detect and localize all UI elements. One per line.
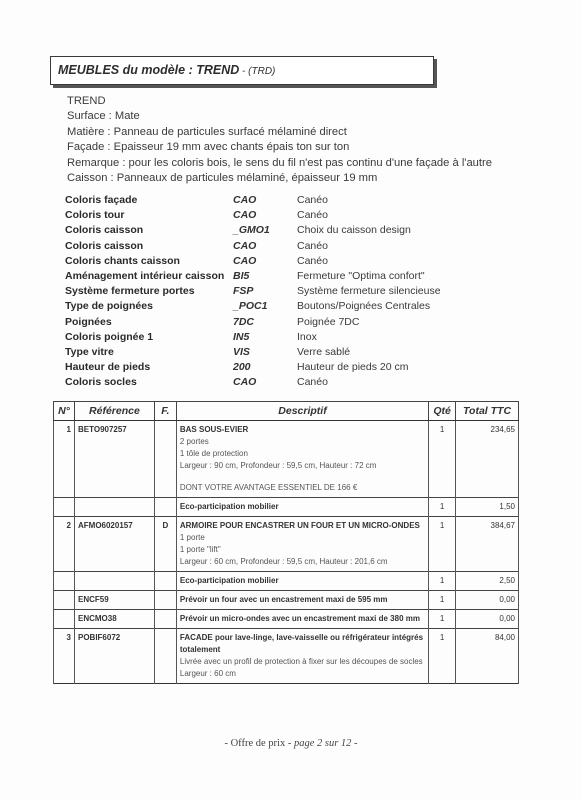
- description-line: 2 portes: [180, 436, 425, 448]
- option-label: Coloris caisson: [65, 223, 143, 238]
- option-code: 7DC: [233, 315, 254, 330]
- line-total: 1,50: [456, 498, 519, 517]
- line-number: 3: [54, 629, 75, 684]
- intro-line: Façade : Epaisseur 19 mm avec chants épa…: [67, 140, 492, 155]
- description-title: Eco-participation mobilier: [180, 501, 425, 513]
- line-number: [54, 591, 75, 610]
- option-label: Coloris poignée 1: [65, 330, 153, 345]
- table-row: Eco-participation mobilier12,50: [54, 572, 519, 591]
- option-label: Type vitre: [65, 345, 114, 360]
- line-total: 84,00: [456, 629, 519, 684]
- table-row: 2AFMO6020157DARMOIRE POUR ENCASTRER UN F…: [54, 517, 519, 572]
- line-description: Prévoir un micro-ondes avec un encastrem…: [176, 610, 428, 629]
- quote-lines-table: N° Référence F. Descriptif Qté Total TTC…: [53, 401, 519, 684]
- table-header-row: N° Référence F. Descriptif Qté Total TTC: [54, 402, 519, 421]
- line-description: Prévoir un four avec un encastrement max…: [176, 591, 428, 610]
- line-quantity: 1: [429, 572, 456, 591]
- model-title: MEUBLES du modèle : TREND: [58, 63, 239, 77]
- line-number: 1: [54, 421, 75, 498]
- line-quantity: 1: [429, 498, 456, 517]
- description-line: 1 tôle de protection: [180, 448, 425, 460]
- line-total: 0,00: [456, 591, 519, 610]
- option-label: Coloris chants caisson: [65, 254, 180, 269]
- line-description: FACADE pour lave-linge, lave-vaisselle o…: [176, 629, 428, 684]
- header-num: N°: [54, 402, 75, 421]
- option-label: Coloris socles: [65, 375, 137, 390]
- option-code: 200: [233, 360, 251, 375]
- line-number: 2: [54, 517, 75, 572]
- option-value: Choix du caisson design: [297, 223, 411, 238]
- option-label: Coloris caisson: [65, 239, 143, 254]
- intro-line: TREND: [67, 94, 492, 109]
- description-line: Largeur : 60 cm, Profondeur : 59,5 cm, H…: [180, 556, 425, 568]
- option-code: CAO: [233, 208, 256, 223]
- description-line: Largeur : 90 cm, Profondeur : 59,5 cm, H…: [180, 460, 425, 472]
- line-quantity: 1: [429, 591, 456, 610]
- header-f: F.: [154, 402, 176, 421]
- description-line: Livrée avec un profil de protection à fi…: [180, 656, 425, 668]
- intro-line: Matière : Panneau de particules surfacé …: [67, 125, 492, 140]
- line-reference: POBIF6072: [74, 629, 154, 684]
- intro-line: Surface : Mate: [67, 109, 492, 124]
- line-quantity: 1: [429, 421, 456, 498]
- line-reference: BETO907257: [74, 421, 154, 498]
- section-title: MEUBLES du modèle : TREND - (TRD): [58, 63, 275, 77]
- line-flag: [154, 421, 176, 498]
- line-reference: ENCMO38: [74, 610, 154, 629]
- option-code: FSP: [233, 284, 253, 299]
- line-flag: [154, 629, 176, 684]
- option-code: BI5: [233, 269, 249, 284]
- table-row: 3POBIF6072FACADE pour lave-linge, lave-v…: [54, 629, 519, 684]
- option-value: Canéo: [297, 254, 328, 269]
- model-description: TRENDSurface : MateMatière : Panneau de …: [67, 94, 492, 186]
- header-ref: Référence: [74, 402, 154, 421]
- line-flag: [154, 498, 176, 517]
- description-title: BAS SOUS-EVIER: [180, 424, 425, 436]
- option-code: CAO: [233, 375, 256, 390]
- line-quantity: 1: [429, 629, 456, 684]
- header-total: Total TTC: [456, 402, 519, 421]
- line-reference: ENCF59: [74, 591, 154, 610]
- description-title: FACADE pour lave-linge, lave-vaisselle o…: [180, 632, 425, 656]
- option-value: Boutons/Poignées Centrales: [297, 299, 430, 314]
- option-label: Type de poignées: [65, 299, 153, 314]
- option-value: Hauteur de pieds 20 cm: [297, 360, 408, 375]
- line-description: Eco-participation mobilier: [176, 498, 428, 517]
- option-value: Poignée 7DC: [297, 315, 359, 330]
- header-qty: Qté: [429, 402, 456, 421]
- option-value: Canéo: [297, 193, 328, 208]
- option-code: _POC1: [233, 299, 267, 314]
- option-value: Canéo: [297, 239, 328, 254]
- option-label: Poignées: [65, 315, 112, 330]
- option-code: CAO: [233, 254, 256, 269]
- model-code: - (TRD): [239, 66, 275, 77]
- table-row: Eco-participation mobilier11,50: [54, 498, 519, 517]
- line-flag: D: [154, 517, 176, 572]
- option-label: Hauteur de pieds: [65, 360, 150, 375]
- section-title-box: MEUBLES du modèle : TREND - (TRD): [50, 56, 434, 85]
- line-flag: [154, 610, 176, 629]
- description-title: Prévoir un four avec un encastrement max…: [180, 594, 425, 606]
- intro-line: Remarque : pour les coloris bois, le sen…: [67, 156, 492, 171]
- line-total: 0,00: [456, 610, 519, 629]
- option-code: _GMO1: [233, 223, 270, 238]
- line-quantity: 1: [429, 610, 456, 629]
- line-total: 2,50: [456, 572, 519, 591]
- line-total: 384,67: [456, 517, 519, 572]
- option-value: Inox: [297, 330, 317, 345]
- table-row: 1BETO907257BAS SOUS-EVIER2 portes1 tôle …: [54, 421, 519, 498]
- line-flag: [154, 591, 176, 610]
- line-flag: [154, 572, 176, 591]
- table-row: ENCF59Prévoir un four avec un encastreme…: [54, 591, 519, 610]
- description-line: 1 porte "lift": [180, 544, 425, 556]
- line-quantity: 1: [429, 517, 456, 572]
- line-reference: [74, 572, 154, 591]
- intro-line: Caisson : Panneaux de particules mélamin…: [67, 171, 492, 186]
- page-footer: - Offre de prix - page 2 sur 12 -: [0, 738, 582, 749]
- line-number: [54, 498, 75, 517]
- option-value: Canéo: [297, 375, 328, 390]
- option-value: Verre sablé: [297, 345, 350, 360]
- line-description: ARMOIRE POUR ENCASTRER UN FOUR ET UN MIC…: [176, 517, 428, 572]
- header-desc: Descriptif: [176, 402, 428, 421]
- description-line: 1 porte: [180, 532, 425, 544]
- option-value: Système fermeture silencieuse: [297, 284, 441, 299]
- line-reference: [74, 498, 154, 517]
- option-value: Canéo: [297, 208, 328, 223]
- option-value: Fermeture "Optima confort": [297, 269, 425, 284]
- description-title: Prévoir un micro-ondes avec un encastrem…: [180, 613, 425, 625]
- option-code: CAO: [233, 193, 256, 208]
- option-code: VIS: [233, 345, 250, 360]
- line-description: BAS SOUS-EVIER2 portes1 tôle de protecti…: [176, 421, 428, 498]
- option-label: Aménagement intérieur caisson: [65, 269, 224, 284]
- page-number: page 2 sur 12: [294, 738, 351, 749]
- line-total: 234,65: [456, 421, 519, 498]
- line-number: [54, 610, 75, 629]
- option-label: Coloris façade: [65, 193, 137, 208]
- footer-label: - Offre de prix -: [224, 738, 294, 749]
- option-label: Système fermeture portes: [65, 284, 195, 299]
- line-description: Eco-participation mobilier: [176, 572, 428, 591]
- line-reference: AFMO6020157: [74, 517, 154, 572]
- option-label: Coloris tour: [65, 208, 125, 223]
- line-number: [54, 572, 75, 591]
- description-title: ARMOIRE POUR ENCASTRER UN FOUR ET UN MIC…: [180, 520, 425, 532]
- footer-suffix: -: [351, 738, 357, 749]
- option-code: IN5: [233, 330, 249, 345]
- description-line: Largeur : 60 cm: [180, 668, 425, 680]
- table-row: ENCMO38Prévoir un micro-ondes avec un en…: [54, 610, 519, 629]
- option-code: CAO: [233, 239, 256, 254]
- description-note: DONT VOTRE AVANTAGE ESSENTIEL DE 166 €: [180, 482, 425, 494]
- description-title: Eco-participation mobilier: [180, 575, 425, 587]
